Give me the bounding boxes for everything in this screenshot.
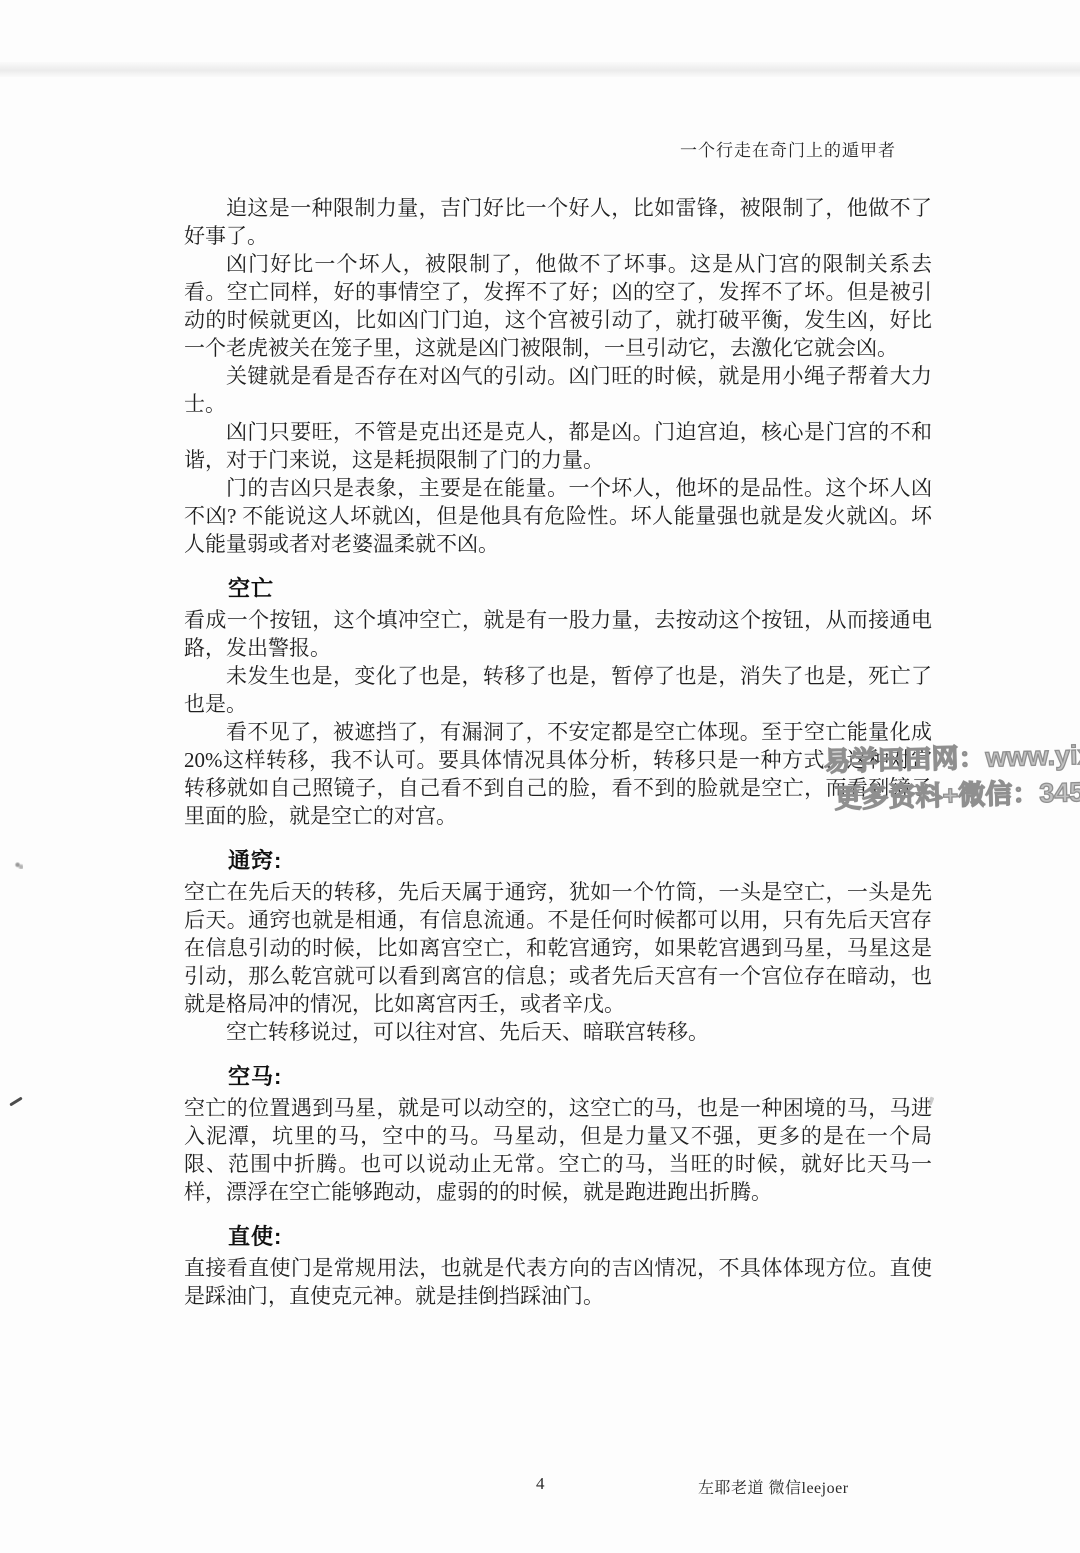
paragraph: 凶门好比一个坏人，被限制了，他做不了坏事。这是从门宫的限制关系去看。空亡同样，好… <box>184 250 932 362</box>
scan-speck <box>9 1097 22 1107</box>
site-watermark: 易学田田网：www.yixue88.cn 更多资料+微信：3458344044 <box>823 737 1080 814</box>
paragraph: 空亡的位置遇到马星，就是可以动空的，这空亡的马，也是一种困境的马，马进入泥潭，坑… <box>184 1094 932 1206</box>
paragraph: 空亡转移说过，可以往对宫、先后天、暗联宫转移。 <box>184 1018 932 1046</box>
paragraph: 看不见了，被遮挡了，有漏洞了，不安定都是空亡体现。至于空亡能量化成20%这样转移… <box>184 718 932 830</box>
page-number: 4 <box>536 1474 545 1494</box>
paragraph: 直接看直使门是常规用法，也就是代表方向的吉凶情况，不具体体现方位。直使是踩油门，… <box>184 1254 932 1310</box>
paragraph: 看成一个按钮，这个填冲空亡，就是有一股力量，去按动这个按钮，从而接通电路，发出警… <box>184 606 932 662</box>
section-heading-zhishi: 直使: <box>184 1223 932 1251</box>
running-header: 一个行走在奇门上的遁甲者 <box>680 136 896 161</box>
scanned-document-page: 一个行走在奇门上的遁甲者 迫这是一种限制力量，吉门好比一个好人，比如雷锋，被限制… <box>0 0 1080 1553</box>
section-heading-kongwang: 空亡 <box>184 575 932 603</box>
paragraph: 空亡在先后天的转移，先后天属于通窍，犹如一个竹筒，一头是空亡，一头是先后天。通窍… <box>184 878 932 1018</box>
scan-shadow-band <box>0 62 1080 77</box>
paragraph: 门的吉凶只是表象，主要是在能量。一个坏人，他坏的是品性。这个坏人凶不凶? 不能说… <box>184 474 932 558</box>
footer-author: 左耶老道 微信leejoer <box>698 1475 849 1498</box>
scan-speck <box>14 862 23 869</box>
document-body: 迫这是一种限制力量，吉门好比一个好人，比如雷锋，被限制了，他做不了好事了。 凶门… <box>184 194 932 1310</box>
paragraph: 关键就是看是否存在对凶气的引动。凶门旺的时候，就是用小绳子帮着大力士。 <box>184 362 932 418</box>
paragraph: 迫这是一种限制力量，吉门好比一个好人，比如雷锋，被限制了，他做不了好事了。 <box>184 194 932 250</box>
paragraph: 凶门只要旺，不管是克出还是克人，都是凶。门迫宫迫，核心是门宫的不和谐，对于门来说… <box>184 418 932 474</box>
paragraph: 未发生也是，变化了也是，转移了也是，暂停了也是，消失了也是，死亡了也是。 <box>184 662 932 718</box>
section-heading-tongqiao: 通窍: <box>184 847 932 875</box>
watermark-wechat: 更多资料+微信：3458344044 <box>834 774 1080 813</box>
section-heading-kongma: 空马: <box>184 1063 932 1091</box>
